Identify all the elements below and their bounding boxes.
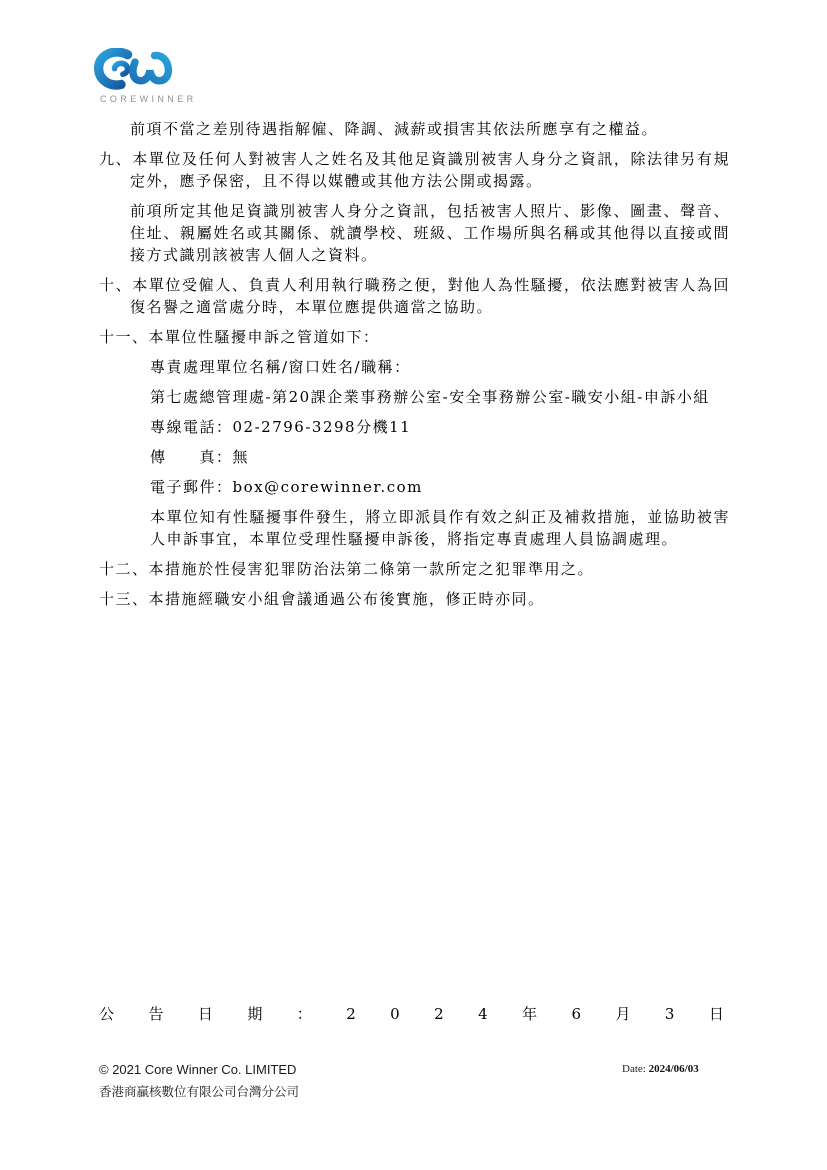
date-value: 2024/06/03 (649, 1063, 699, 1075)
paragraph: 第七處總管理處-第20課企業事務辦公室-安全事務辦公室-職安小組-申訴小組 (150, 386, 730, 408)
publish-date-token: 日 (198, 1003, 213, 1025)
paragraph: 十、本單位受僱人、負責人利用執行職務之便，對他人為性騷擾，依法應對被害人為回復名… (99, 274, 730, 318)
publish-date-token: 4 (478, 1003, 488, 1025)
publish-date-token: 2 (434, 1003, 444, 1025)
copyright-text: © 2021 Core Winner Co. LIMITED (99, 1058, 299, 1081)
publish-date-token: 0 (390, 1003, 400, 1025)
paragraph: 電子郵件：box@corewinner.com (150, 476, 730, 498)
date-label: Date: (622, 1063, 646, 1075)
document-body: 前項不當之差別待遇指解僱、降調、減薪或損害其依法所應享有之權益。九、本單位及任何… (99, 118, 730, 618)
corewinner-logo: COREWINNER (94, 48, 184, 104)
paragraph: 九、本單位及任何人對被害人之姓名及其他足資識別被害人身分之資訊，除法律另有規定外… (99, 148, 730, 192)
publish-date-line: 公告日期：2024年6月3日 (99, 1003, 724, 1025)
publish-date-token: ： (297, 1003, 312, 1025)
paragraph: 專責處理單位名稱/窗口姓名/職稱： (150, 356, 730, 378)
document-page: COREWINNER 前項不當之差別待遇指解僱、降調、減薪或損害其依法所應享有之… (0, 0, 827, 1170)
footer-date: Date: 2024/06/03 (622, 1063, 699, 1075)
publish-date-token: 3 (665, 1003, 675, 1025)
publish-date-token: 2 (346, 1003, 356, 1025)
paragraph: 十三、本措施經職安小組會議通過公布後實施，修正時亦同。 (99, 588, 730, 610)
paragraph: 前項所定其他足資識別被害人身分之資訊，包括被害人照片、影像、圖畫、聲音、住址、親… (130, 200, 730, 266)
paragraph: 本單位知有性騷擾事件發生，將立即派員作有效之糾正及補救措施，並協助被害人申訴事宜… (150, 506, 730, 550)
paragraph: 十一、本單位性騷擾申訴之管道如下： (99, 326, 730, 348)
paragraph: 專線電話：02-2796-3298分機11 (150, 416, 730, 438)
publish-date-token: 期 (247, 1003, 262, 1025)
publish-date-token: 公 (99, 1003, 114, 1025)
company-name-zh: 香港商贏核數位有限公司台灣分公司 (99, 1081, 299, 1104)
publish-date-token: 月 (615, 1003, 630, 1025)
paragraph: 前項不當之差別待遇指解僱、降調、減薪或損害其依法所應享有之權益。 (130, 118, 730, 140)
publish-date-token: 告 (148, 1003, 163, 1025)
brand-wordmark: COREWINNER (100, 94, 184, 104)
publish-date-token: 年 (522, 1003, 537, 1025)
publish-date-token: 日 (709, 1003, 724, 1025)
paragraph: 十二、本措施於性侵害犯罪防治法第二條第一款所定之犯罪準用之。 (99, 558, 730, 580)
publish-date-token: 6 (572, 1003, 582, 1025)
page-footer-left: © 2021 Core Winner Co. LIMITED 香港商贏核數位有限… (99, 1058, 299, 1104)
corewinner-logo-icon (94, 48, 176, 93)
paragraph: 傳 真：無 (150, 446, 730, 468)
